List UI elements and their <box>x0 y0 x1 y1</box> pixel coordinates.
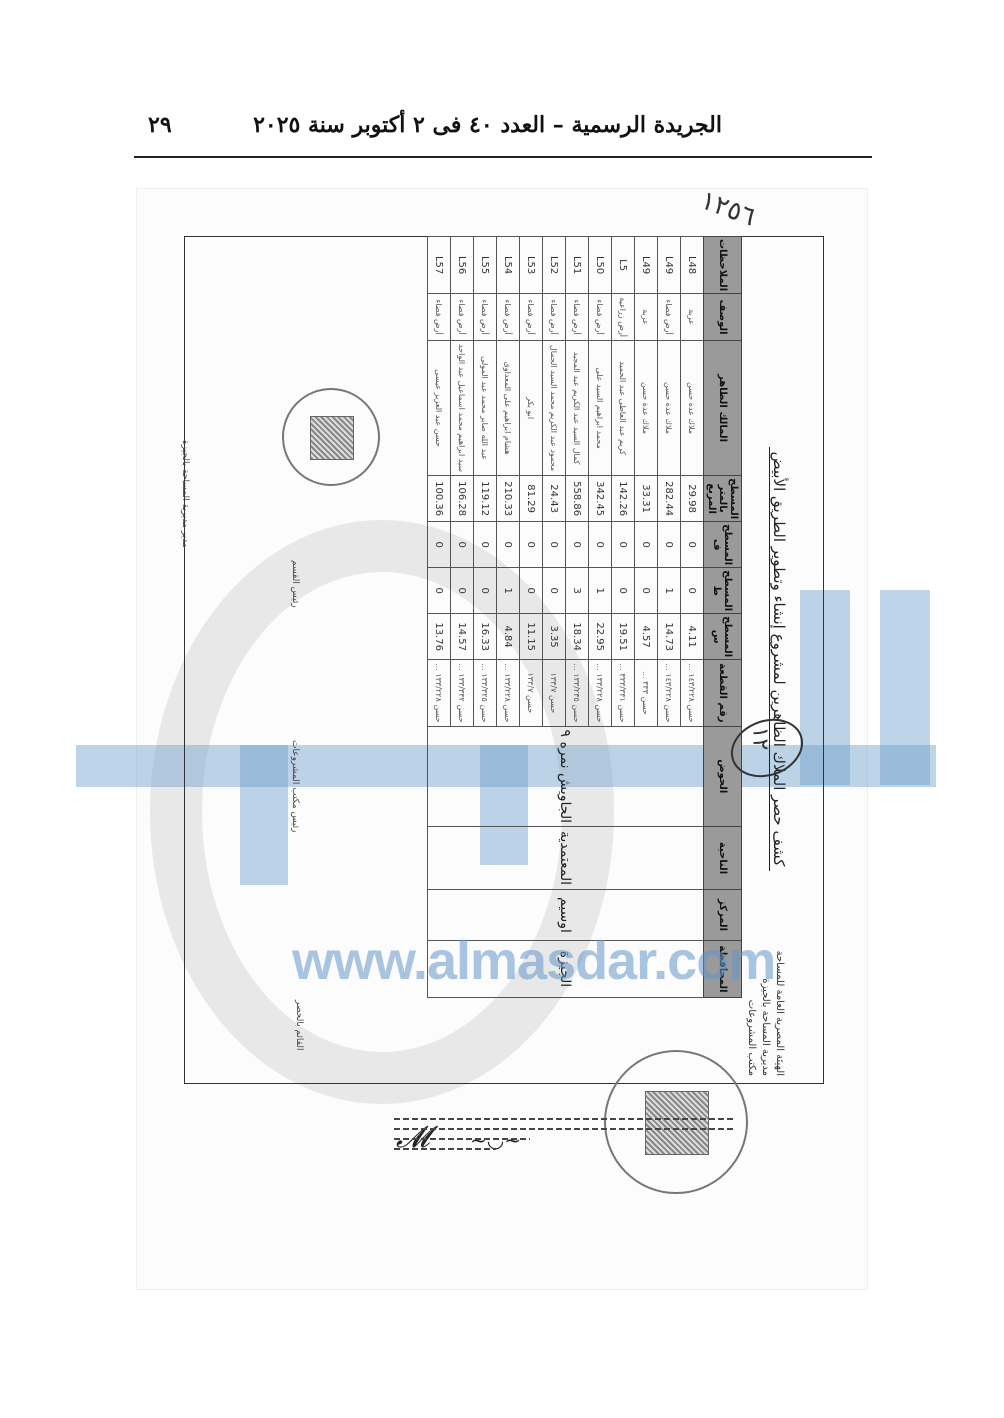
parcel-number: حسن ٣٣٣ ... <box>635 660 658 726</box>
column-header: المسطح بالمتر المربع <box>704 476 742 522</box>
header-divider <box>134 156 872 158</box>
description: عزبة <box>635 294 658 341</box>
column-header: الناحية <box>704 827 742 890</box>
description: أرض فضاء <box>566 294 589 341</box>
owner-name: ملاك عدة حسن <box>681 340 704 475</box>
area-sahm: 4.57 <box>635 614 658 660</box>
column-header: المسطح س <box>704 614 742 660</box>
parcel-number: حسن ١٣٣/٧ <box>543 660 566 726</box>
note-code: L57 <box>428 237 451 294</box>
watermark-text: www.almasdar.com <box>292 930 775 992</box>
area-sahm: 4.84 <box>497 614 520 660</box>
area-m2: 81.29 <box>520 476 543 522</box>
area-qirat: 1 <box>497 568 520 614</box>
description: أرض فضاء <box>589 294 612 341</box>
area-qirat: 0 <box>451 568 474 614</box>
area-feddan: 0 <box>497 522 520 568</box>
note-code: L5 <box>612 237 635 294</box>
area-m2: 100.36 <box>428 476 451 522</box>
area-qirat: 0 <box>635 568 658 614</box>
area-qirat: 0 <box>520 568 543 614</box>
signature-caption-right: رئيس مكتب المشروعات <box>290 740 300 832</box>
note-code: L50 <box>589 237 612 294</box>
area-m2: 33.31 <box>635 476 658 522</box>
column-header: المالك الظاهر <box>704 340 742 475</box>
area-sahm: 19.51 <box>612 614 635 660</box>
signature-caption-mid: رئيس القسم <box>290 560 300 608</box>
note-code: L49 <box>658 237 681 294</box>
owner-name: كمال السيد عبد الكريم عبد المجيد <box>566 340 589 475</box>
area-qirat: 0 <box>474 568 497 614</box>
area-m2: 119.12 <box>474 476 497 522</box>
page-number: ٢٩ <box>148 112 172 138</box>
area-qirat: 0 <box>681 568 704 614</box>
area-feddan: 0 <box>474 522 497 568</box>
column-header: المسطح ط <box>704 568 742 614</box>
description: أرض فضاء <box>474 294 497 341</box>
area-m2: 342.45 <box>589 476 612 522</box>
note-code: L51 <box>566 237 589 294</box>
owner-name: محمود عبد الكريم محمد السيد الجمال <box>543 340 566 475</box>
parcel-number: حسن ١٤٣/٢٢٨ ... <box>658 660 681 726</box>
owners-table: المحافظةالمركزالناحيةالحوضرقم القطعةالمس… <box>427 236 742 998</box>
area-m2: 24.43 <box>543 476 566 522</box>
table-row: الجيزةاوسيمالمعتمديةالجاويش نمره ٩حسن ١٤… <box>681 237 704 998</box>
gazette-title: الجريدة الرسمية – العدد ٤٠ فى ٢ أكتوبر س… <box>253 112 722 138</box>
area-sahm: 16.33 <box>474 614 497 660</box>
area-sahm: 4.11 <box>681 614 704 660</box>
column-header: المسطح ف <box>704 522 742 568</box>
area-qirat: 1 <box>589 568 612 614</box>
owner-name: ملاك عدة حسن <box>658 340 681 475</box>
description: أرض فضاء <box>451 294 474 341</box>
area-m2: 29.98 <box>681 476 704 522</box>
area-feddan: 0 <box>543 522 566 568</box>
parcel-number: حسن ١٣٣/٢٢٨ ... <box>428 660 451 726</box>
stamp-footnote-lines <box>394 1110 734 1158</box>
area-sahm: 11.15 <box>520 614 543 660</box>
area-sahm: 14.73 <box>658 614 681 660</box>
watermark-letter-stem <box>880 590 930 785</box>
document-title-text: كشف حصر الملاك الظاهرين لمشروع إنشاء وتط… <box>769 447 788 870</box>
owner-name: حسن عبد العزيز عيسى <box>428 340 451 475</box>
official-seal-stamp <box>282 388 380 486</box>
description: أرض فضاء <box>428 294 451 341</box>
area-sahm: 14.57 <box>451 614 474 660</box>
area-qirat: 0 <box>612 568 635 614</box>
note-code: L52 <box>543 237 566 294</box>
parcel-number: حسن ١٣٣/٣٢٥ ... <box>474 660 497 726</box>
column-header: رقم القطعة <box>704 660 742 726</box>
owner-name: محمد ابراهيم السيد على <box>589 340 612 475</box>
owner-name: ابو بكر <box>520 340 543 475</box>
owner-name: سيد ابراهيم محمد اسماعيل عبد الواحد <box>451 340 474 475</box>
parcel-number: حسن ٣٣٣/٣٣١ ... <box>612 660 635 726</box>
area-sahm: 18.34 <box>566 614 589 660</box>
signature-caption-left: مدير مديرية المساحة بالجيزة <box>180 440 190 548</box>
area-feddan: 0 <box>520 522 543 568</box>
area-m2: 142.26 <box>612 476 635 522</box>
merged-basin: الجاويش نمره ٩ <box>428 726 704 826</box>
parcel-number: حسن ١٣٣/٧ <box>520 660 543 726</box>
description: أرض زراعية <box>612 294 635 341</box>
note-code: L49 <box>635 237 658 294</box>
signature-caption-bottom: القائم بالحصر <box>294 1000 304 1050</box>
area-feddan: 0 <box>566 522 589 568</box>
area-feddan: 0 <box>428 522 451 568</box>
parcel-number: حسن ١٣٣/٢٢٨ ... <box>497 660 520 726</box>
description: أرض فضاء <box>497 294 520 341</box>
area-feddan: 0 <box>635 522 658 568</box>
column-header: الوصف <box>704 294 742 341</box>
note-code: L56 <box>451 237 474 294</box>
note-code: L55 <box>474 237 497 294</box>
note-code: L54 <box>497 237 520 294</box>
area-m2: 282.44 <box>658 476 681 522</box>
area-qirat: 3 <box>566 568 589 614</box>
note-code: L53 <box>520 237 543 294</box>
area-qirat: 0 <box>543 568 566 614</box>
parcel-number: حسن ١٣٣/٢٣٥ ... <box>566 660 589 726</box>
description: عزبة <box>681 294 704 341</box>
description: أرض فضاء <box>543 294 566 341</box>
owner-name: هشام ابراهيم على المعداوى <box>497 340 520 475</box>
area-sahm: 13.76 <box>428 614 451 660</box>
area-m2: 106.28 <box>451 476 474 522</box>
area-m2: 210.33 <box>497 476 520 522</box>
note-code: L48 <box>681 237 704 294</box>
area-feddan: 0 <box>589 522 612 568</box>
merged-village: المعتمدية <box>428 827 704 890</box>
parcel-number: حسن ١٣٣/٢٢٨ ... <box>589 660 612 726</box>
owner-name: ملاك عدة حسن <box>635 340 658 475</box>
area-qirat: 1 <box>658 568 681 614</box>
area-qirat: 0 <box>428 568 451 614</box>
owner-name: كريم عبد العاطى عبد الحميد <box>612 340 635 475</box>
parcel-number: حسن ١٣٣/٣٣٢ ... <box>451 660 474 726</box>
area-sahm: 3.35 <box>543 614 566 660</box>
table-header-row: المحافظةالمركزالناحيةالحوضرقم القطعةالمس… <box>704 237 742 998</box>
parcel-number: حسن ١٤٣/٢٢٨ ... <box>681 660 704 726</box>
area-feddan: 0 <box>658 522 681 568</box>
column-header: الملاحظات <box>704 237 742 294</box>
area-feddan: 0 <box>612 522 635 568</box>
area-sahm: 22.95 <box>589 614 612 660</box>
area-feddan: 0 <box>451 522 474 568</box>
area-m2: 558.86 <box>566 476 589 522</box>
area-feddan: 0 <box>681 522 704 568</box>
description: أرض فضاء <box>658 294 681 341</box>
description: أرض فضاء <box>520 294 543 341</box>
circled-number-text: ١٢ <box>747 727 772 751</box>
owner-name: عبد الله صابر محمد عبد المولى <box>474 340 497 475</box>
page-header: الجريدة الرسمية – العدد ٤٠ فى ٢ أكتوبر س… <box>134 112 872 152</box>
